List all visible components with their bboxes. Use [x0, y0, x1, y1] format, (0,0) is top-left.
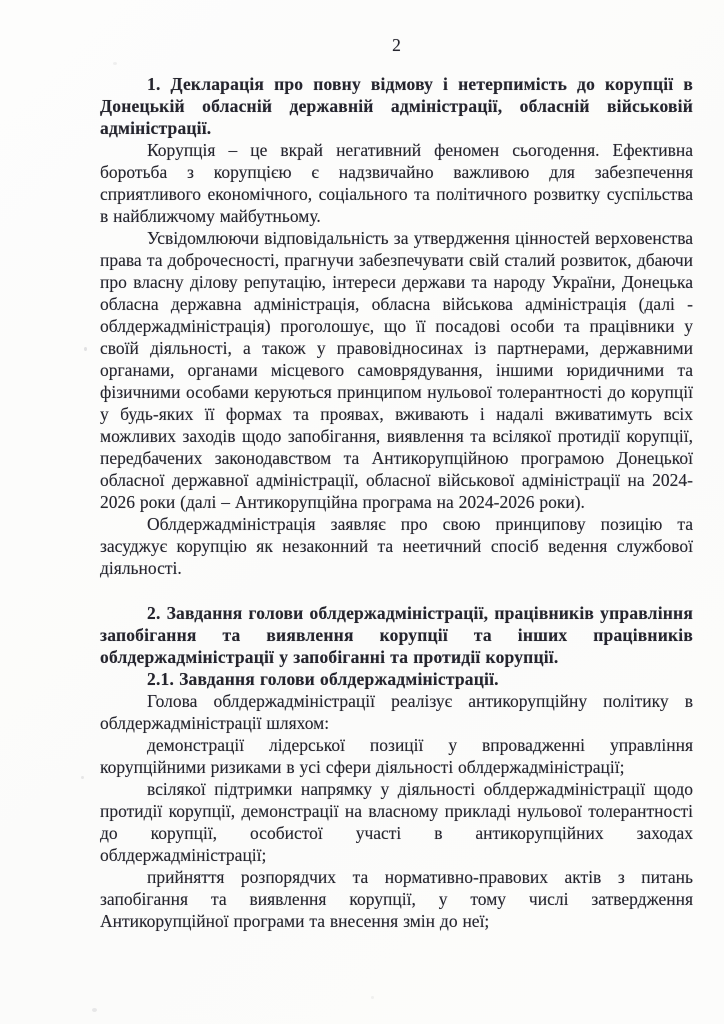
- scanned-document-page: 2 1. Декларація про повну відмову і нете…: [0, 0, 724, 1024]
- paragraph-principled-position: Облдержадміністрація заявляє про свою пр…: [100, 513, 693, 579]
- paragraph-leadership-position: демонстрації лідерської позиції у впрова…: [100, 734, 693, 778]
- paragraph-personal-example-support: всілякої підтримки напрямку у діяльності…: [100, 778, 693, 866]
- scan-artifact-speck: [92, 1008, 97, 1012]
- section-2-heading: 2. Завдання голови облдержадміністрації,…: [100, 602, 693, 668]
- document-content: 1. Декларація про повну відмову і нетерп…: [100, 73, 693, 932]
- section-1-heading: 1. Декларація про повну відмову і нетерп…: [100, 73, 693, 139]
- paragraph-adoption-of-acts: прийняття розпорядчих та нормативно-прав…: [100, 866, 693, 932]
- paragraph-zero-tolerance-declaration: Усвідомлюючи відповідальність за утвердж…: [100, 227, 693, 513]
- paragraph-head-policy-intro: Голова облдержадміністрації реалізує ант…: [100, 690, 693, 734]
- section-2-1-subheading: 2.1. Завдання голови облдержадміністраці…: [100, 668, 693, 690]
- scan-artifact-speck: [113, 62, 117, 65]
- scan-artifact-speck: [371, 996, 374, 999]
- scan-artifact-speck: [84, 347, 87, 351]
- paragraph-corruption-phenomenon: Корупція – це вкрай негативний феномен с…: [100, 139, 693, 227]
- scan-artifact-speck: [81, 776, 84, 779]
- page-number: 2: [100, 34, 693, 56]
